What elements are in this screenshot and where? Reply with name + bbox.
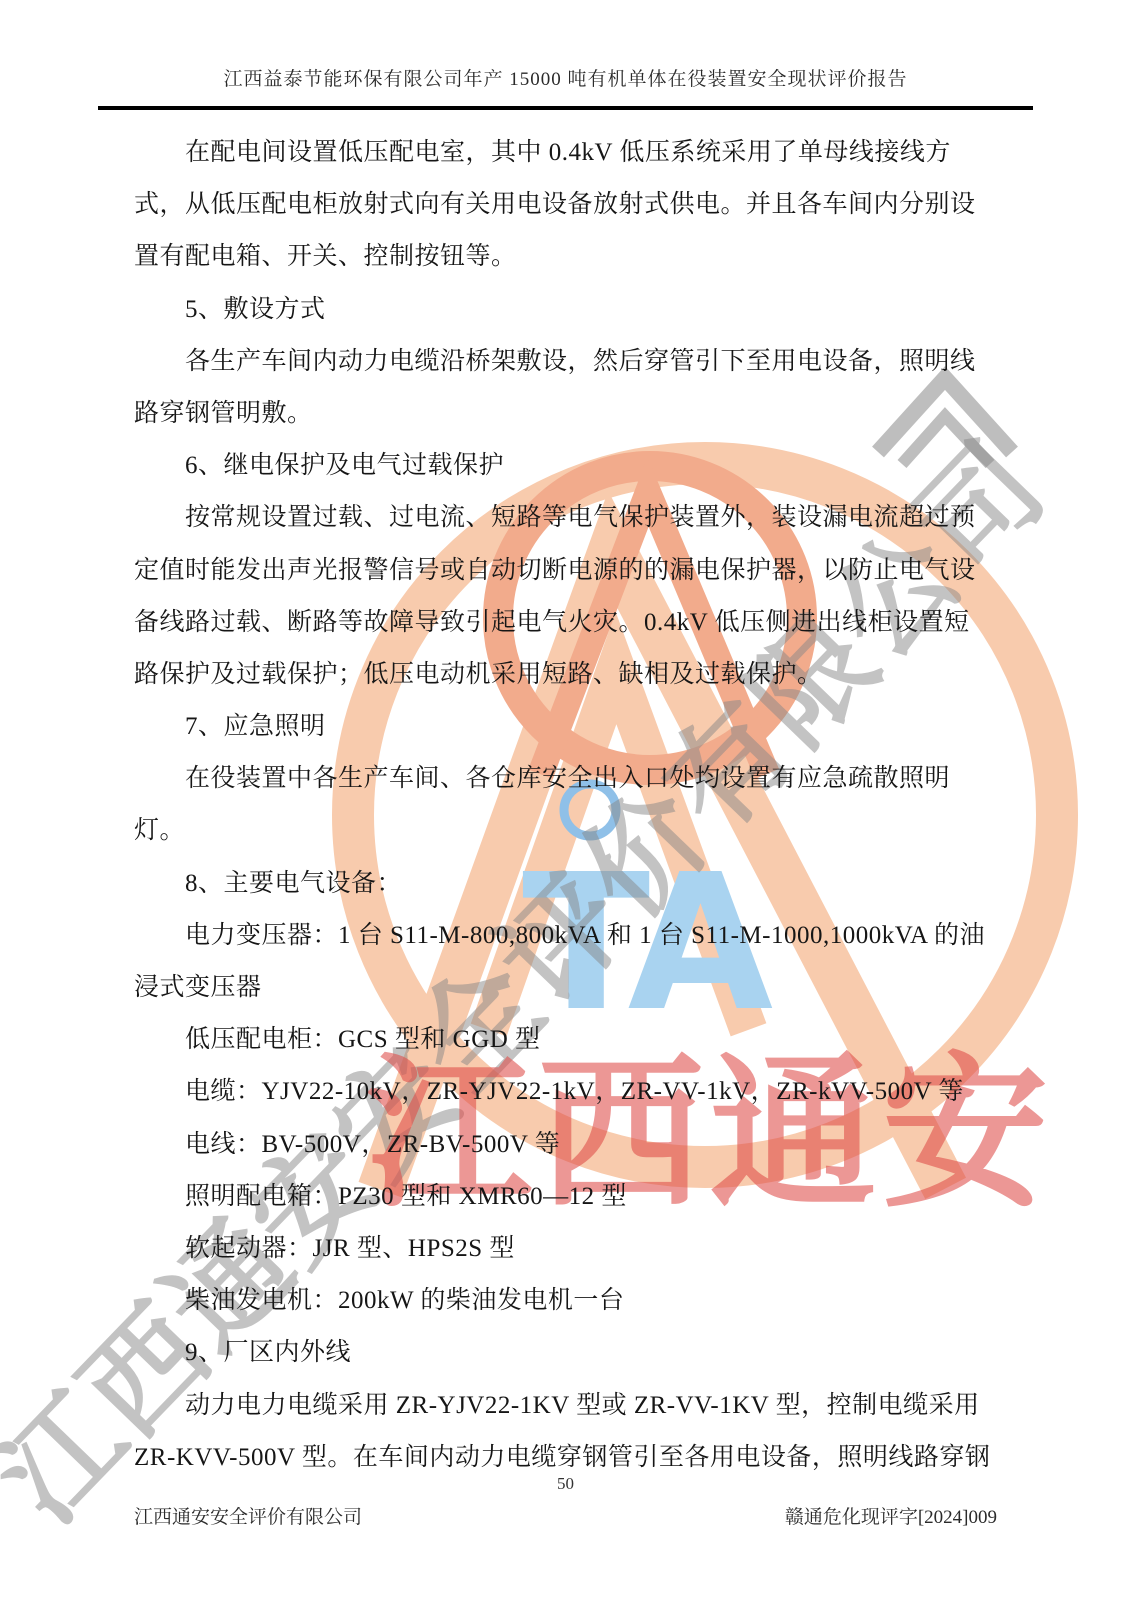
text-line: 8、主要电气设备：: [134, 858, 1006, 910]
text-line: 在配电间设置低压配电室，其中 0.4kV 低压系统采用了单母线接线方: [134, 127, 1006, 179]
text-line: 电力变压器：1 台 S11-M-800,800kVA 和 1 台 S11-M-1…: [134, 910, 1006, 962]
text-line: 备线路过载、断路等故障导致引起电气火灾。0.4kV 低压侧进出线柜设置短: [134, 597, 1006, 649]
page-header-title: 江西益泰节能环保有限公司年产 15000 吨有机单体在役装置安全现状评价报告: [0, 64, 1131, 91]
text-line: 5、敷设方式: [134, 284, 1006, 336]
footer-company: 江西通安安全评价有限公司: [134, 1502, 362, 1529]
page-number: 50: [0, 1474, 1131, 1494]
text-line: 低压配电柜：GCS 型和 GGD 型: [134, 1014, 1006, 1066]
text-line: 软起动器：JJR 型、HPS2S 型: [134, 1223, 1006, 1275]
text-line: 电线：BV-500V，ZR-BV-500V 等: [134, 1119, 1006, 1171]
text-line: 在役装置中各生产车间、各仓库安全出入口处均设置有应急疏散照明: [134, 753, 1006, 805]
text-line: 浸式变压器: [134, 962, 1006, 1014]
document-content: 江西益泰节能环保有限公司年产 15000 吨有机单体在役装置安全现状评价报告 在…: [0, 0, 1131, 1600]
document-body: 在配电间设置低压配电室，其中 0.4kV 低压系统采用了单母线接线方式，从低压配…: [134, 127, 1006, 1484]
text-line: 照明配电箱：PZ30 型和 XMR60—12 型: [134, 1171, 1006, 1223]
text-line: 各生产车间内动力电缆沿桥架敷设，然后穿管引下至用电设备，照明线: [134, 336, 1006, 388]
text-line: 动力电力电缆采用 ZR-YJV22-1KV 型或 ZR-VV-1KV 型，控制电…: [134, 1380, 1006, 1432]
header-rule: [98, 106, 1033, 110]
text-line: 路穿钢管明敷。: [134, 388, 1006, 440]
text-line: 灯。: [134, 805, 1006, 857]
text-line: 9、厂区内外线: [134, 1327, 1006, 1379]
text-line: 按常规设置过载、过电流、短路等电气保护装置外，装设漏电流超过预: [134, 492, 1006, 544]
text-line: 置有配电箱、开关、控制按钮等。: [134, 231, 1006, 283]
report-page: TA 江西通安安全评价有限公司 江西通安 江西益泰节能环保有限公司年产 1500…: [0, 0, 1131, 1600]
text-line: 定值时能发出声光报警信号或自动切断电源的的漏电保护器，以防止电气设: [134, 545, 1006, 597]
text-line: 6、继电保护及电气过载保护: [134, 440, 1006, 492]
text-line: 柴油发电机：200kW 的柴油发电机一台: [134, 1275, 1006, 1327]
text-line: 7、应急照明: [134, 701, 1006, 753]
text-line: 式，从低压配电柜放射式向有关用电设备放射式供电。并且各车间内分别设: [134, 179, 1006, 231]
footer-doc-number: 赣通危化现评字[2024]009: [785, 1502, 997, 1529]
text-line: 路保护及过载保护；低压电动机采用短路、缺相及过载保护。: [134, 649, 1006, 701]
text-line: 电缆：YJV22-10kV，ZR-YJV22-1kV，ZR-VV-1kV，ZR-…: [134, 1066, 1006, 1118]
